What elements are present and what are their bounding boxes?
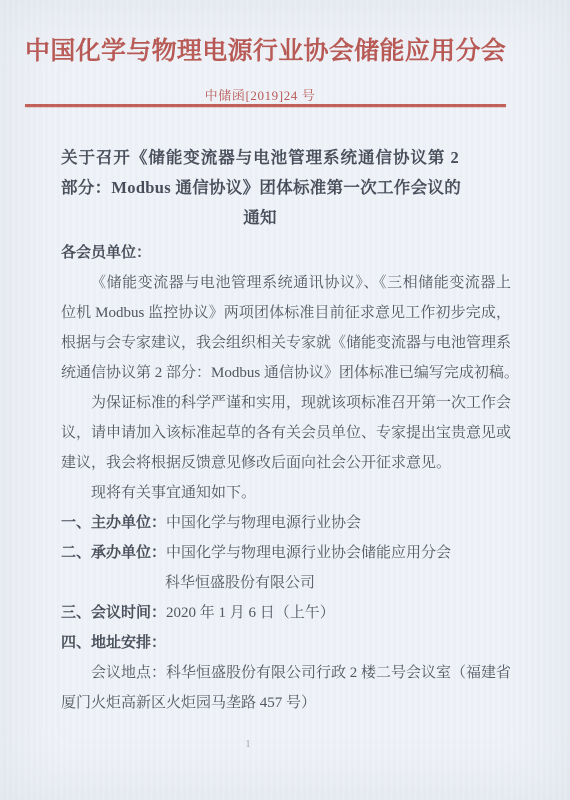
body-line-text: 为保证标准的科学严谨和实用，现就该项标准召开第一次工作会 [91,395,511,411]
list-item-text: 中国化学与物理电源行业协会 [166,515,361,531]
letterhead-org-name: 中国化学与物理电源行业协会储能应用分会 [25,31,506,67]
list-item-label: 三、会议时间： [61,605,166,621]
body-line: 根据与会专家建议，我会组织相关专家就《储能变流器与电池管理系 [61,328,511,358]
salutation-label: 各会员单位： [61,245,151,261]
body-line-text: 根据与会专家建议，我会组织相关专家就《储能变流器与电池管理系 [61,335,511,351]
body-line: 位机 Modbus 监控协议》两项团体标准目前征求意见工作初步完成， [61,298,511,328]
list-item-host: 一、主办单位：中国化学与物理电源行业协会 [61,508,511,538]
body-line-text: 现将有关事宜通知如下。 [91,485,256,501]
notice-title: 关于召开《储能变流器与电池管理系统通信协议第 2 部分：Modbus 通信协议》… [61,143,459,233]
notice-title-line: 关于召开《储能变流器与电池管理系统通信协议第 2 [61,143,459,173]
body-line: 议，请申请加入该标准起草的各有关会员单位、专家提出宝贵意见或 [61,418,511,448]
body-line: 现将有关事宜通知如下。 [61,478,511,508]
notice-title-line: 通知 [61,203,459,233]
doc-number: 中储函[2019]24 号 [61,85,459,104]
document-page: 中国化学与物理电源行业协会储能应用分会 中储函[2019]24 号 关于召开《储… [0,0,570,800]
list-item-text: 科华恒盛股份有限公司 [165,575,315,591]
list-item-venue-heading: 四、地址安排： [61,628,511,658]
letterhead-divider [25,104,506,107]
list-item-text: 中国化学与物理电源行业协会储能应用分会 [166,545,451,561]
venue-line: 厦门火炬高新区火炬园马垄路 457 号） [61,688,511,718]
list-item-label: 二、承办单位： [61,545,166,561]
body-line: 建议，我会将根据反馈意见修改后面向社会公开征求意见。 [61,448,511,478]
notice-body: 各会员单位： 《储能变流器与电池管理系统通讯协议》、《三相储能变流器上 位机 M… [61,238,511,718]
venue-line: 会议地点：科华恒盛股份有限公司行政 2 楼二号会议室（福建省 [61,658,511,688]
list-item-organizer-cont: 科华恒盛股份有限公司 [61,568,511,598]
body-line-text: 统通信协议第 2 部分：Modbus 通信协议》团体标准已编写完成初稿。 [61,365,519,381]
body-line-text: 《储能变流器与电池管理系统通讯协议》、《三相储能变流器上 [91,275,511,291]
body-line-text: 厦门火炬高新区火炬园马垄路 457 号） [61,695,316,711]
list-item-label: 一、主办单位： [61,515,166,531]
list-item-meeting-time: 三、会议时间：2020 年 1 月 6 日（上午） [61,598,511,628]
body-line-text: 建议，我会将根据反馈意见修改后面向社会公开征求意见。 [61,455,451,471]
salutation: 各会员单位： [61,238,511,268]
page-number: 1 [228,739,268,750]
body-line: 《储能变流器与电池管理系统通讯协议》、《三相储能变流器上 [61,268,511,298]
body-line-text: 议，请申请加入该标准起草的各有关会员单位、专家提出宝贵意见或 [61,425,511,441]
body-line: 为保证标准的科学严谨和实用，现就该项标准召开第一次工作会 [61,388,511,418]
body-line-text: 会议地点：科华恒盛股份有限公司行政 2 楼二号会议室（福建省 [91,665,511,681]
body-line-text: 位机 Modbus 监控协议》两项团体标准目前征求意见工作初步完成， [61,305,511,321]
body-line: 统通信协议第 2 部分：Modbus 通信协议》团体标准已编写完成初稿。 [61,358,511,388]
notice-title-line: 部分：Modbus 通信协议》团体标准第一次工作会议的 [61,173,459,203]
list-item-label: 四、地址安排： [61,635,166,651]
list-item-organizer: 二、承办单位：中国化学与物理电源行业协会储能应用分会 [61,538,511,568]
list-item-text: 2020 年 1 月 6 日（上午） [166,605,335,621]
